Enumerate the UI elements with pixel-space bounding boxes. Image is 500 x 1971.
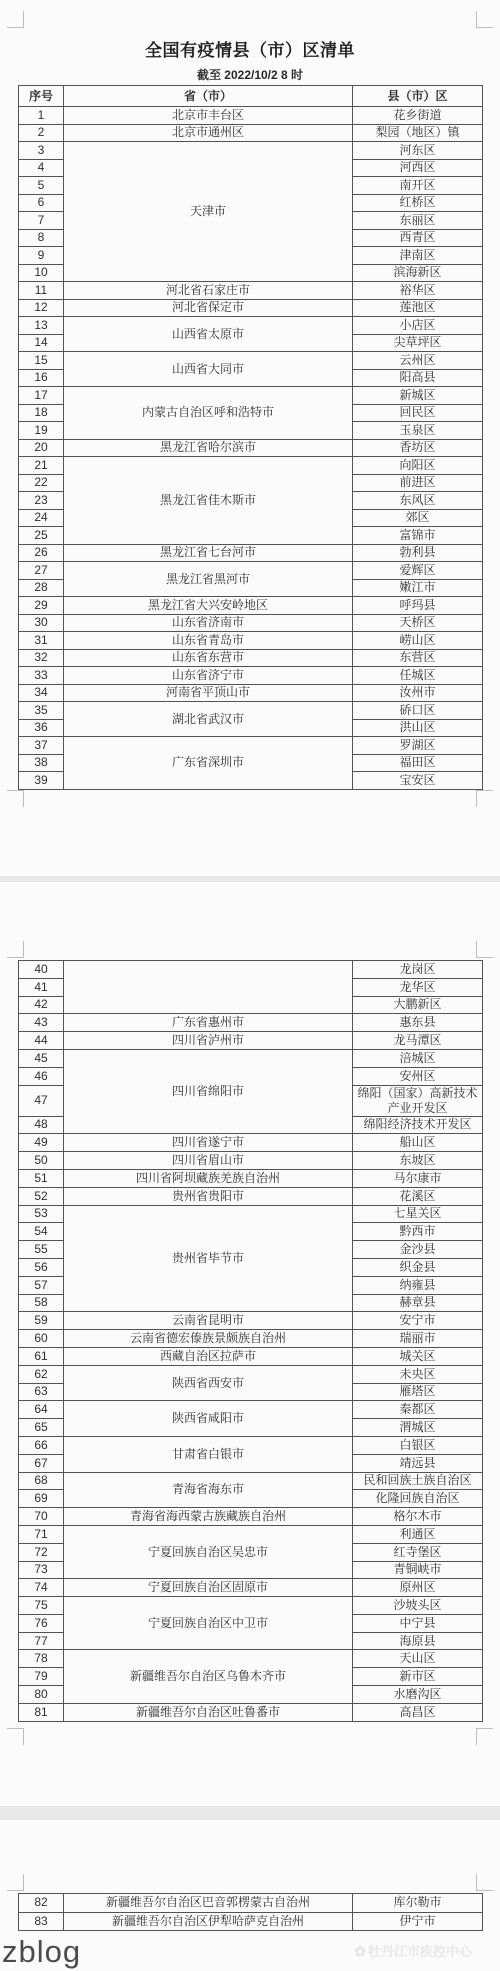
district-cell: 城关区 — [353, 1347, 483, 1365]
province-cell: 新疆维吾尔自治区伊犁哈萨克自治州 — [64, 1912, 353, 1931]
row-number-cell: 78 — [19, 1650, 64, 1668]
district-cell: 安州区 — [353, 1067, 483, 1085]
row-number-cell: 6 — [19, 194, 64, 212]
province-cell: 云南省昆明市 — [64, 1312, 353, 1330]
row-number-cell: 37 — [19, 737, 64, 755]
table-row: 13山西省太原市小店区 — [19, 317, 483, 335]
table-row: 45四川省绵阳市涪城区 — [19, 1049, 483, 1067]
district-cell: 库尔勒市 — [353, 1894, 483, 1913]
province-cell: 山西省太原市 — [64, 317, 353, 352]
row-number-cell: 82 — [19, 1894, 64, 1913]
table-row: 53贵州省毕节市七星关区 — [19, 1205, 483, 1223]
district-cell: 河东区 — [353, 142, 483, 160]
row-number-cell: 61 — [19, 1347, 64, 1365]
province-cell: 河南省平顶山市 — [64, 684, 353, 702]
table-row: 60云南省德宏傣族景颇族自治州瑞丽市 — [19, 1330, 483, 1348]
province-cell: 北京市丰台区 — [64, 107, 353, 125]
district-cell: 龙马潭区 — [353, 1032, 483, 1050]
crop-mark — [476, 1728, 493, 1745]
row-number-cell: 54 — [19, 1223, 64, 1241]
province-cell: 新疆维吾尔自治区吐鲁番市 — [64, 1703, 353, 1721]
row-number-cell: 49 — [19, 1134, 64, 1152]
table-row: 33山东省济宁市任城区 — [19, 667, 483, 685]
district-cell: 七星关区 — [353, 1205, 483, 1223]
row-number-cell: 81 — [19, 1703, 64, 1721]
row-number-cell: 32 — [19, 649, 64, 667]
province-cell: 西藏自治区拉萨市 — [64, 1347, 353, 1365]
row-number-cell: 5 — [19, 177, 64, 195]
district-cell: 云州区 — [353, 352, 483, 370]
row-number-cell: 15 — [19, 352, 64, 370]
district-cell: 马尔康市 — [353, 1169, 483, 1187]
table-row: 17内蒙古自治区呼和浩特市新城区 — [19, 387, 483, 405]
table-row: 43广东省惠州市惠东县 — [19, 1014, 483, 1032]
district-cell: 郊区 — [353, 509, 483, 527]
table-row: 49四川省遂宁市船山区 — [19, 1134, 483, 1152]
district-cell: 新城区 — [353, 387, 483, 405]
district-cell: 南开区 — [353, 177, 483, 195]
province-cell: 四川省阿坝藏族羌族自治州 — [64, 1169, 353, 1187]
row-number-cell: 63 — [19, 1383, 64, 1401]
table-row: 37广东省深圳市罗湖区 — [19, 737, 483, 755]
province-cell: 甘肃省白银市 — [64, 1436, 353, 1472]
province-cell: 河北省保定市 — [64, 299, 353, 317]
row-number-cell: 12 — [19, 299, 64, 317]
district-cell: 汝州市 — [353, 684, 483, 702]
province-cell: 黑龙江省佳木斯市 — [64, 457, 353, 545]
row-number-cell: 27 — [19, 562, 64, 580]
crop-mark — [7, 1728, 24, 1745]
row-number-cell: 9 — [19, 247, 64, 265]
row-number-cell: 58 — [19, 1294, 64, 1312]
crop-mark — [7, 11, 24, 28]
row-number-cell: 4 — [19, 159, 64, 177]
row-number-cell: 48 — [19, 1116, 64, 1134]
province-cell: 宁夏回族自治区吴忠市 — [64, 1525, 353, 1578]
row-number-cell: 67 — [19, 1454, 64, 1472]
district-cell: 水磨沟区 — [353, 1686, 483, 1704]
district-cell: 勃利县 — [353, 544, 483, 562]
district-cell: 嫩江市 — [353, 579, 483, 597]
table-row: 61西藏自治区拉萨市城关区 — [19, 1347, 483, 1365]
table-row: 52贵州省贵阳市花溪区 — [19, 1187, 483, 1205]
row-number-cell: 47 — [19, 1085, 64, 1116]
header-row: 序号省（市）县（市）区 — [19, 86, 483, 107]
row-number-cell: 7 — [19, 212, 64, 230]
table-row: 34河南省平顶山市汝州市 — [19, 684, 483, 702]
province-cell: 广东省深圳市 — [64, 737, 353, 790]
crop-mark — [7, 1874, 24, 1891]
row-number-cell: 51 — [19, 1169, 64, 1187]
table-row: 1北京市丰台区花乡街道 — [19, 107, 483, 125]
table-row: 3天津市河东区 — [19, 142, 483, 160]
district-cell: 小店区 — [353, 317, 483, 335]
district-cell: 新市区 — [353, 1668, 483, 1686]
district-cell: 任城区 — [353, 667, 483, 685]
row-number-cell: 57 — [19, 1276, 64, 1294]
district-cell: 白银区 — [353, 1436, 483, 1454]
province-cell: 内蒙古自治区呼和浩特市 — [64, 387, 353, 440]
table-row: 31山东省青岛市崂山区 — [19, 632, 483, 650]
district-cell: 惠东县 — [353, 1014, 483, 1032]
table-row: 35湖北省武汉市硚口区 — [19, 702, 483, 720]
district-cell: 东丽区 — [353, 212, 483, 230]
row-number-cell: 13 — [19, 317, 64, 335]
row-number-cell: 66 — [19, 1436, 64, 1454]
row-number-cell: 17 — [19, 387, 64, 405]
province-cell: 新疆维吾尔自治区乌鲁木齐市 — [64, 1650, 353, 1703]
epidemic-list-table-page1: 序号省（市）县（市）区1北京市丰台区花乡街道2北京市通州区梨园（地区）镇3天津市… — [18, 85, 483, 790]
row-number-cell: 38 — [19, 754, 64, 772]
row-number-cell: 62 — [19, 1365, 64, 1383]
table-row: 51四川省阿坝藏族羌族自治州马尔康市 — [19, 1169, 483, 1187]
district-cell: 龙华区 — [353, 978, 483, 996]
district-cell: 洪山区 — [353, 719, 483, 737]
row-number-cell: 64 — [19, 1401, 64, 1419]
table-row: 2北京市通州区梨园（地区）镇 — [19, 124, 483, 142]
province-cell: 广东省惠州市 — [64, 1014, 353, 1032]
district-cell: 崂山区 — [353, 632, 483, 650]
province-cell: 黑龙江省哈尔滨市 — [64, 439, 353, 457]
district-cell: 爱辉区 — [353, 562, 483, 580]
page-break-strip — [0, 876, 500, 882]
table-row: 82新疆维吾尔自治区巴音郭楞蒙古自治州库尔勒市 — [19, 1894, 483, 1913]
row-number-cell: 40 — [19, 961, 64, 979]
row-number-cell: 74 — [19, 1579, 64, 1597]
province-cell: 黑龙江省黑河市 — [64, 562, 353, 597]
row-number-cell: 65 — [19, 1419, 64, 1437]
province-cell: 四川省绵阳市 — [64, 1049, 353, 1133]
province-cell: 贵州省毕节市 — [64, 1205, 353, 1312]
row-number-cell: 8 — [19, 229, 64, 247]
district-cell: 渭城区 — [353, 1419, 483, 1437]
row-number-cell: 71 — [19, 1525, 64, 1543]
row-number-cell: 33 — [19, 667, 64, 685]
row-number-cell: 30 — [19, 614, 64, 632]
table-row: 59云南省昆明市安宁市 — [19, 1312, 483, 1330]
row-number-cell: 19 — [19, 422, 64, 440]
district-cell: 伊宁市 — [353, 1912, 483, 1931]
district-cell: 东营区 — [353, 649, 483, 667]
province-cell: 山东省青岛市 — [64, 632, 353, 650]
row-number-cell: 25 — [19, 527, 64, 545]
table-row: 74宁夏回族自治区固原市原州区 — [19, 1579, 483, 1597]
row-number-cell: 42 — [19, 996, 64, 1014]
row-number-cell: 46 — [19, 1067, 64, 1085]
row-number-cell: 44 — [19, 1032, 64, 1050]
province-cell: 山东省东营市 — [64, 649, 353, 667]
district-cell: 回民区 — [353, 404, 483, 422]
province-cell: 四川省遂宁市 — [64, 1134, 353, 1152]
crop-mark — [476, 11, 493, 28]
province-cell: 北京市通州区 — [64, 124, 353, 142]
crop-mark — [476, 1874, 493, 1891]
district-cell: 宝安区 — [353, 772, 483, 790]
province-cell: 新疆维吾尔自治区巴音郭楞蒙古自治州 — [64, 1894, 353, 1913]
row-number-cell: 14 — [19, 334, 64, 352]
row-number-cell: 45 — [19, 1049, 64, 1067]
district-cell: 天桥区 — [353, 614, 483, 632]
district-cell: 津南区 — [353, 247, 483, 265]
province-cell: 陕西省西安市 — [64, 1365, 353, 1401]
district-cell: 富锦市 — [353, 527, 483, 545]
epidemic-list-table-page3: 82新疆维吾尔自治区巴音郭楞蒙古自治州库尔勒市83新疆维吾尔自治区伊犁哈萨克自治… — [18, 1893, 483, 1931]
row-number-cell: 28 — [19, 579, 64, 597]
province-cell: 山西省大同市 — [64, 352, 353, 387]
district-cell: 中宁县 — [353, 1614, 483, 1632]
table-row: 20黑龙江省哈尔滨市香坊区 — [19, 439, 483, 457]
district-cell: 雁塔区 — [353, 1383, 483, 1401]
province-cell: 宁夏回族自治区固原市 — [64, 1579, 353, 1597]
row-number-cell: 80 — [19, 1686, 64, 1704]
table-row: 27黑龙江省黑河市爱辉区 — [19, 562, 483, 580]
district-cell: 红桥区 — [353, 194, 483, 212]
row-number-cell: 41 — [19, 978, 64, 996]
row-number-cell: 16 — [19, 369, 64, 387]
district-cell: 香坊区 — [353, 439, 483, 457]
row-number-cell: 76 — [19, 1614, 64, 1632]
province-cell: 黑龙江省大兴安岭地区 — [64, 597, 353, 615]
province-cell: 青海省海东市 — [64, 1472, 353, 1508]
row-number-cell: 21 — [19, 457, 64, 475]
district-cell: 龙岗区 — [353, 961, 483, 979]
table-row: 26黑龙江省七台河市勃利县 — [19, 544, 483, 562]
column-header: 县（市）区 — [353, 86, 483, 107]
page-title: 全国有疫情县（市）区清单 — [0, 36, 500, 61]
table-row: 71宁夏回族自治区吴忠市利通区 — [19, 1525, 483, 1543]
district-cell: 阳高县 — [353, 369, 483, 387]
cdc-watermark: ✿牡丹江市疾控中心 — [354, 1941, 472, 1960]
province-cell: 贵州省贵阳市 — [64, 1187, 353, 1205]
crop-mark — [476, 941, 493, 958]
row-number-cell: 53 — [19, 1205, 64, 1223]
row-number-cell: 39 — [19, 772, 64, 790]
row-number-cell: 79 — [19, 1668, 64, 1686]
row-number-cell: 73 — [19, 1561, 64, 1579]
district-cell: 未央区 — [353, 1365, 483, 1383]
table-row: 62陕西省西安市未央区 — [19, 1365, 483, 1383]
province-cell: 天津市 — [64, 142, 353, 282]
district-cell: 向阳区 — [353, 457, 483, 475]
district-cell: 化隆回族自治区 — [353, 1490, 483, 1508]
district-cell: 花溪区 — [353, 1187, 483, 1205]
district-cell: 赫章县 — [353, 1294, 483, 1312]
table-row: 32山东省东营市东营区 — [19, 649, 483, 667]
province-cell: 河北省石家庄市 — [64, 282, 353, 300]
province-cell: 云南省德宏傣族景颇族自治州 — [64, 1330, 353, 1348]
district-cell: 海原县 — [353, 1632, 483, 1650]
table-row: 44四川省泸州市龙马潭区 — [19, 1032, 483, 1050]
table-row: 30山东省济南市天桥区 — [19, 614, 483, 632]
district-cell: 绵阳经济技术开发区 — [353, 1116, 483, 1134]
row-number-cell: 59 — [19, 1312, 64, 1330]
province-cell: 宁夏回族自治区中卫市 — [64, 1597, 353, 1650]
row-number-cell: 18 — [19, 404, 64, 422]
cdc-watermark-text: 牡丹江市疾控中心 — [368, 1944, 472, 1959]
table-row: 66甘肃省白银市白银区 — [19, 1436, 483, 1454]
district-cell: 织金县 — [353, 1258, 483, 1276]
province-cell: 黑龙江省七台河市 — [64, 544, 353, 562]
district-cell: 金沙县 — [353, 1241, 483, 1259]
district-cell: 民和回族土族自治区 — [353, 1472, 483, 1490]
district-cell: 尖草坪区 — [353, 334, 483, 352]
table-row: 12河北省保定市莲池区 — [19, 299, 483, 317]
district-cell: 青铜峡市 — [353, 1561, 483, 1579]
province-cell — [64, 961, 353, 1014]
row-number-cell: 75 — [19, 1597, 64, 1615]
row-number-cell: 24 — [19, 509, 64, 527]
row-number-cell: 23 — [19, 492, 64, 510]
table-row: 78新疆维吾尔自治区乌鲁木齐市天山区 — [19, 1650, 483, 1668]
district-cell: 红寺堡区 — [353, 1543, 483, 1561]
district-cell: 裕华区 — [353, 282, 483, 300]
district-cell: 涪城区 — [353, 1049, 483, 1067]
row-number-cell: 11 — [19, 282, 64, 300]
cdc-logo-icon: ✿ — [354, 1943, 366, 1959]
row-number-cell: 52 — [19, 1187, 64, 1205]
district-cell: 西青区 — [353, 229, 483, 247]
district-cell: 滨海新区 — [353, 264, 483, 282]
district-cell: 梨园（地区）镇 — [353, 124, 483, 142]
district-cell: 利通区 — [353, 1525, 483, 1543]
district-cell: 河西区 — [353, 159, 483, 177]
row-number-cell: 70 — [19, 1508, 64, 1526]
province-cell: 陕西省咸阳市 — [64, 1401, 353, 1437]
table-row: 81新疆维吾尔自治区吐鲁番市高昌区 — [19, 1703, 483, 1721]
crop-mark — [7, 941, 24, 958]
district-cell: 罗湖区 — [353, 737, 483, 755]
table-row: 29黑龙江省大兴安岭地区呼玛县 — [19, 597, 483, 615]
row-number-cell: 2 — [19, 124, 64, 142]
row-number-cell: 36 — [19, 719, 64, 737]
district-cell: 天山区 — [353, 1650, 483, 1668]
crop-mark — [7, 790, 24, 807]
table-row: 21黑龙江省佳木斯市向阳区 — [19, 457, 483, 475]
as-of-date: 截至 2022/10/2 8 时 — [0, 66, 500, 83]
row-number-cell: 20 — [19, 439, 64, 457]
district-cell: 大鹏新区 — [353, 996, 483, 1014]
column-header: 序号 — [19, 86, 64, 107]
province-cell: 青海省海西蒙古族藏族自治州 — [64, 1508, 353, 1526]
district-cell: 高昌区 — [353, 1703, 483, 1721]
district-cell: 前进区 — [353, 474, 483, 492]
district-cell: 硚口区 — [353, 702, 483, 720]
row-number-cell: 22 — [19, 474, 64, 492]
district-cell: 黔西市 — [353, 1223, 483, 1241]
column-header: 省（市） — [64, 86, 353, 107]
row-number-cell: 1 — [19, 107, 64, 125]
district-cell: 船山区 — [353, 1134, 483, 1152]
table-row: 83新疆维吾尔自治区伊犁哈萨克自治州伊宁市 — [19, 1912, 483, 1931]
district-cell: 格尔木市 — [353, 1508, 483, 1526]
district-cell: 沙坡头区 — [353, 1597, 483, 1615]
row-number-cell: 10 — [19, 264, 64, 282]
district-cell: 东风区 — [353, 492, 483, 510]
row-number-cell: 35 — [19, 702, 64, 720]
table-row: 11河北省石家庄市裕华区 — [19, 282, 483, 300]
row-number-cell: 55 — [19, 1241, 64, 1259]
district-cell: 东坡区 — [353, 1152, 483, 1170]
province-cell: 四川省眉山市 — [64, 1152, 353, 1170]
crop-mark — [476, 790, 493, 807]
row-number-cell: 69 — [19, 1490, 64, 1508]
district-cell: 瑞丽市 — [353, 1330, 483, 1348]
district-cell: 纳雍县 — [353, 1276, 483, 1294]
table-row: 70青海省海西蒙古族藏族自治州格尔木市 — [19, 1508, 483, 1526]
province-cell: 四川省泸州市 — [64, 1032, 353, 1050]
district-cell: 安宁市 — [353, 1312, 483, 1330]
row-number-cell: 26 — [19, 544, 64, 562]
row-number-cell: 43 — [19, 1014, 64, 1032]
row-number-cell: 77 — [19, 1632, 64, 1650]
row-number-cell: 56 — [19, 1258, 64, 1276]
row-number-cell: 3 — [19, 142, 64, 160]
row-number-cell: 68 — [19, 1472, 64, 1490]
row-number-cell: 50 — [19, 1152, 64, 1170]
district-cell: 福田区 — [353, 754, 483, 772]
row-number-cell: 29 — [19, 597, 64, 615]
zblog-logo: zblog — [2, 1934, 81, 1970]
row-number-cell: 60 — [19, 1330, 64, 1348]
province-cell: 湖北省武汉市 — [64, 702, 353, 737]
province-cell: 山东省济南市 — [64, 614, 353, 632]
row-number-cell: 34 — [19, 684, 64, 702]
page-break-strip — [0, 1806, 500, 1820]
table-row: 40龙岗区 — [19, 961, 483, 979]
district-cell: 莲池区 — [353, 299, 483, 317]
row-number-cell: 83 — [19, 1912, 64, 1931]
district-cell: 靖远县 — [353, 1454, 483, 1472]
table-row: 68青海省海东市民和回族土族自治区 — [19, 1472, 483, 1490]
district-cell: 花乡街道 — [353, 107, 483, 125]
row-number-cell: 31 — [19, 632, 64, 650]
district-cell: 绵阳（国家）高新技术产业开发区 — [353, 1085, 483, 1116]
district-cell: 秦都区 — [353, 1401, 483, 1419]
province-cell: 山东省济宁市 — [64, 667, 353, 685]
district-cell: 玉泉区 — [353, 422, 483, 440]
table-row: 75宁夏回族自治区中卫市沙坡头区 — [19, 1597, 483, 1615]
table-row: 50四川省眉山市东坡区 — [19, 1152, 483, 1170]
row-number-cell: 72 — [19, 1543, 64, 1561]
epidemic-list-table-page2: 40龙岗区41龙华区42大鹏新区43广东省惠州市惠东县44四川省泸州市龙马潭区4… — [18, 960, 483, 1722]
district-cell: 原州区 — [353, 1579, 483, 1597]
table-row: 15山西省大同市云州区 — [19, 352, 483, 370]
district-cell: 呼玛县 — [353, 597, 483, 615]
table-row: 64陕西省咸阳市秦都区 — [19, 1401, 483, 1419]
